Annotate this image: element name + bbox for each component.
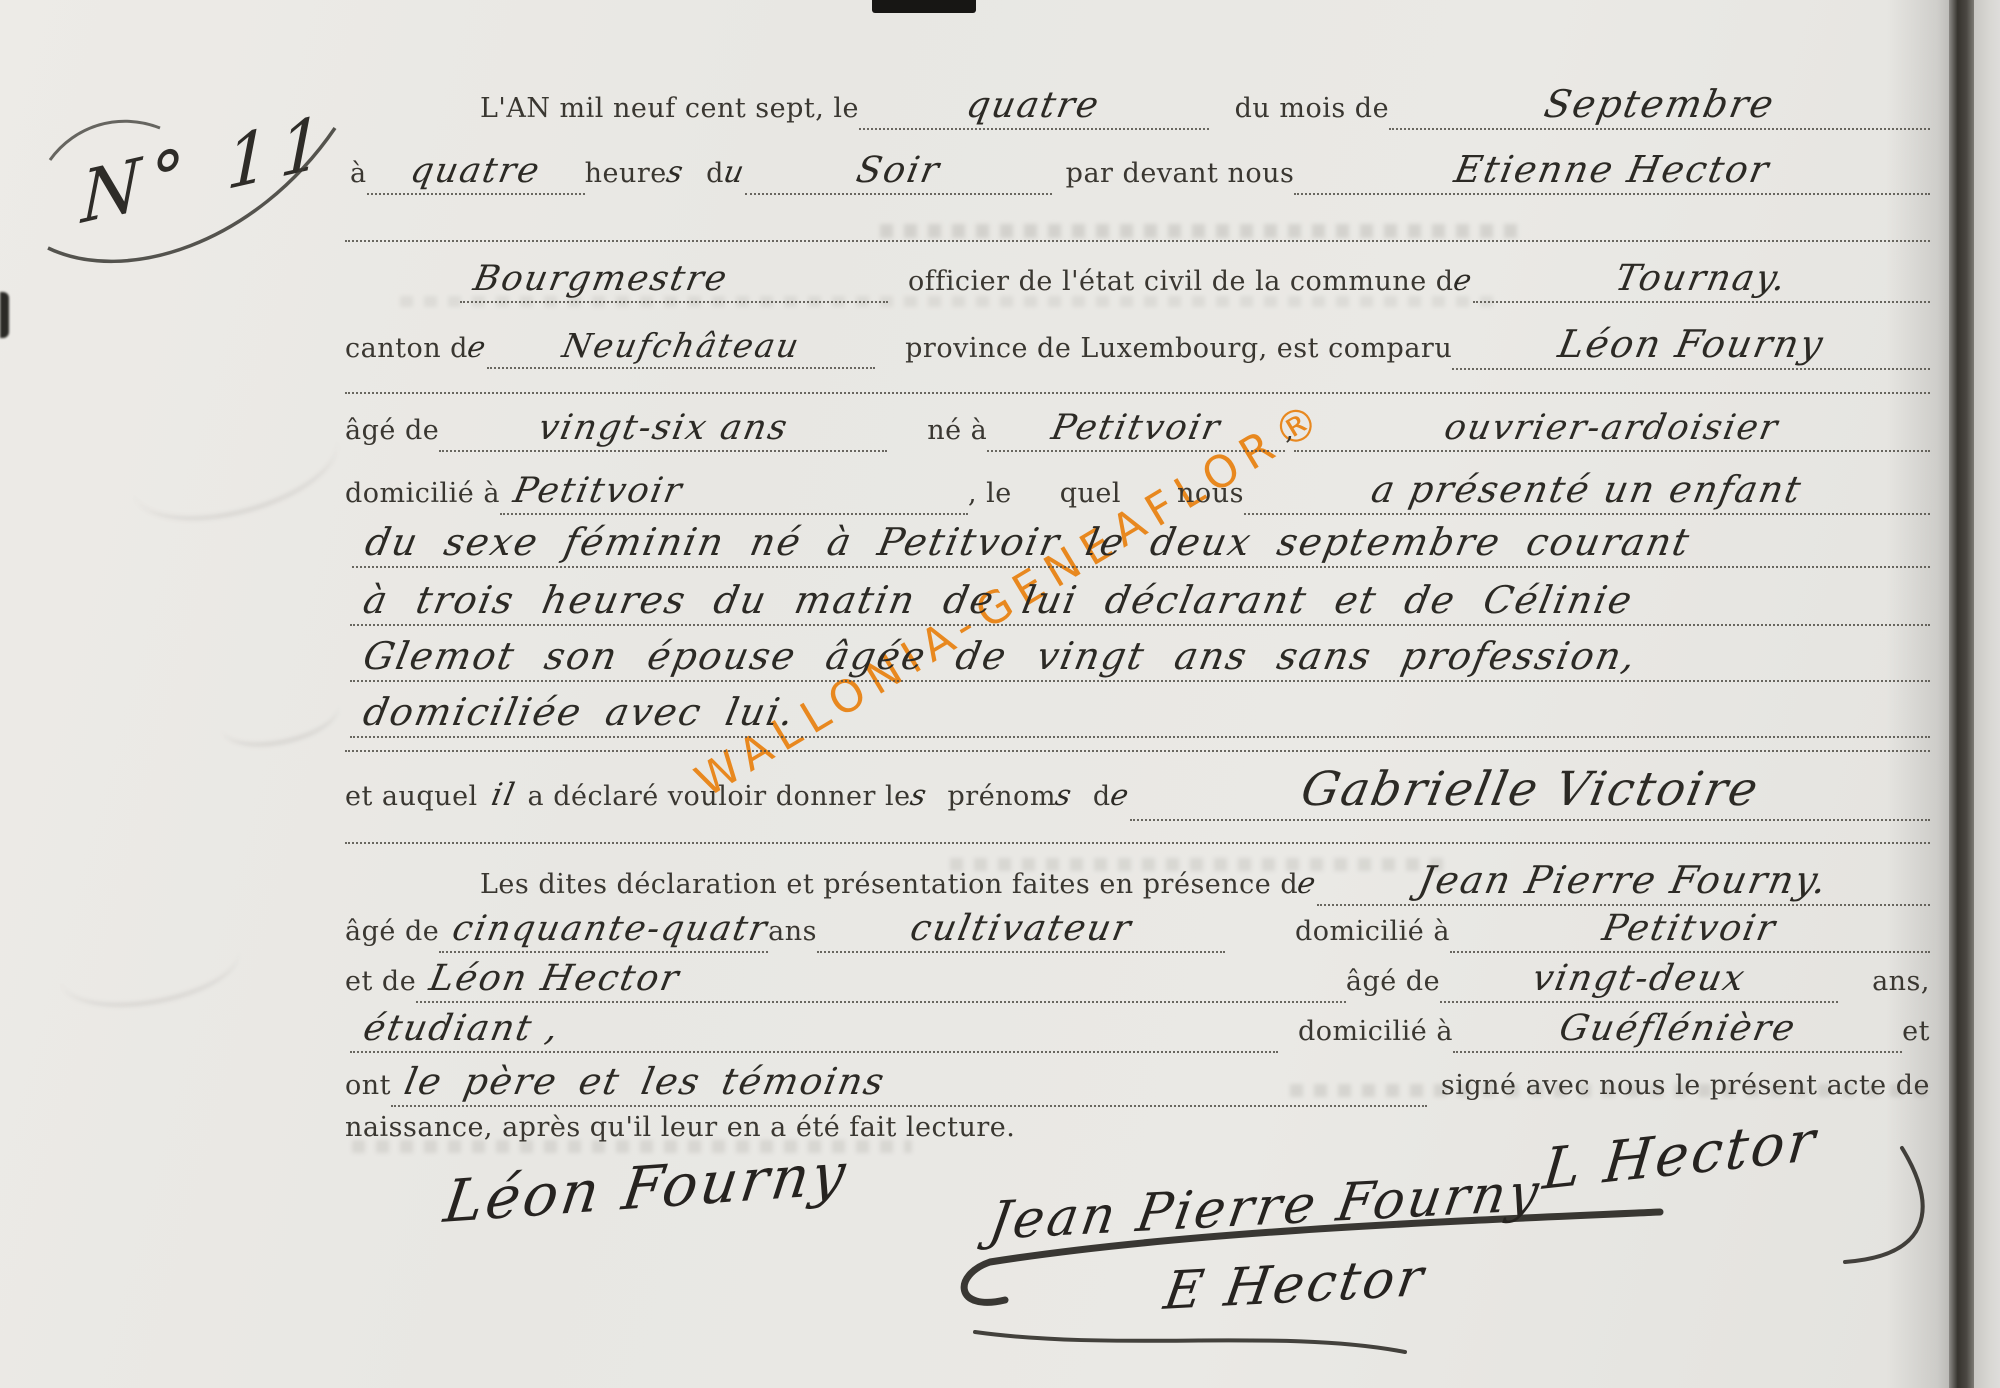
entry-plural-s: s xyxy=(663,155,687,190)
fill-declarant-occupation: ouvrier-ardoisier xyxy=(1294,408,1930,452)
fill-witness1-residence: Petitvoir xyxy=(1450,908,1930,953)
fill-child-details: du sexe féminin né à Petitvoir le deux s… xyxy=(352,520,1930,568)
form-line-child-1: du sexe féminin né à Petitvoir le deux s… xyxy=(352,520,1930,568)
printed-text: âgé de xyxy=(345,415,439,446)
fill-declarant-residence: Petitvoir xyxy=(500,471,968,515)
printed-text: Les dites déclaration et présentation fa… xyxy=(480,869,1298,900)
form-line-given-names: et auquel il a déclaré vouloir donner le… xyxy=(345,762,1930,821)
dotted-rule xyxy=(345,392,1930,394)
entry-month: Septembre xyxy=(1540,82,1778,126)
printed-text: né à xyxy=(927,415,987,446)
entry-child-details-3: Glemot son épouse âgée de vingt ans sans… xyxy=(360,634,1641,678)
entry-witness1-occupation: cultivateur xyxy=(907,908,1136,949)
entry-declarant-occupation: ouvrier-ardoisier xyxy=(1442,408,1783,448)
printed-text: domicilié à xyxy=(1298,1016,1453,1047)
entry-witness1-name: Jean Pierre Fourny. xyxy=(1415,858,1832,902)
printed-text: , le xyxy=(968,478,1012,509)
fill-commune: Tournay. xyxy=(1473,258,1930,303)
entry-hour: quatre xyxy=(407,151,544,191)
printed-text: et de xyxy=(345,966,416,997)
fill-signatories: le père et les témoins xyxy=(391,1060,1427,1107)
entry-witness2-name: Léon Hector xyxy=(426,958,684,999)
entry-time-of-day: Soir xyxy=(853,150,944,191)
entry-declarant-birthplace: Petitvoir xyxy=(1048,408,1225,448)
fill-canton: Neufchâteau xyxy=(487,326,875,369)
signature-declarant: Léon Fourny xyxy=(440,1139,852,1236)
scan-artifact-left xyxy=(0,292,9,338)
page-edge-binding xyxy=(1949,0,1974,1388)
entry-witness2-occupation: étudiant , xyxy=(360,1008,564,1049)
printed-text: canton d xyxy=(345,333,468,364)
printed-text: domicilié à xyxy=(1295,916,1450,947)
scan-artifact-top xyxy=(872,0,976,13)
entry-child-details-4: domiciliée avec lui. xyxy=(360,690,800,734)
signature-officer: E Hector xyxy=(1160,1248,1430,1322)
dotted-rule xyxy=(345,842,1930,844)
fill-witness1-occupation: cultivateur xyxy=(817,908,1225,953)
margin-ghost-writing xyxy=(216,678,345,756)
entry-presentation: a présenté un enfant xyxy=(1368,468,1806,511)
entry-declarant-name: Léon Fourny xyxy=(1554,322,1827,366)
printed-text: heure xyxy=(585,158,667,189)
entry-declarant-residence: Petitvoir xyxy=(510,471,687,511)
entry-plural-s: s xyxy=(1053,778,1076,812)
form-line-child-3: Glemot son épouse âgée de vingt ans sans… xyxy=(350,634,1930,682)
entry-witness2-age: vingt-deux xyxy=(1529,958,1750,999)
fill-hour: quatre xyxy=(367,151,585,195)
fill-month: Septembre xyxy=(1389,82,1930,130)
adjacent-page-edge xyxy=(1974,0,2000,1388)
fill-witness2-residence: Guéflénière xyxy=(1453,1008,1902,1053)
printed-text: a déclaré vouloir donner le xyxy=(528,781,911,812)
entry-commune: Tournay. xyxy=(1612,258,1791,299)
fill-child-details: Glemot son épouse âgée de vingt ans sans… xyxy=(350,634,1930,682)
form-line-hour-officer: à quatre heure s d u Soir par devant nou… xyxy=(350,148,1930,195)
dotted-rule xyxy=(345,240,1930,242)
printed-text: naissance, après qu'il leur en a été fai… xyxy=(345,1112,1015,1143)
printed-text: province de Luxembourg, est comparu xyxy=(905,333,1452,364)
entry-officer-title: Bourgmestre xyxy=(470,259,732,299)
printed-text: à xyxy=(350,158,367,189)
printed-text: ans, xyxy=(1872,966,1930,997)
printed-text: , xyxy=(1285,415,1294,446)
entry-child-names: Gabrielle Victoire xyxy=(1296,762,1763,817)
margin-ghost-writing xyxy=(55,915,245,1019)
printed-text: et auquel xyxy=(345,781,478,812)
form-line-signatories: ont le père et les témoins signé avec no… xyxy=(345,1060,1930,1107)
printed-text: âgé de xyxy=(1346,966,1440,997)
fill-officer-title: Bourgmestre xyxy=(460,259,888,303)
printed-text: du mois de xyxy=(1235,93,1389,124)
printed-text: L'AN mil neuf cent sept, le xyxy=(480,93,859,124)
entry-plural-s: s xyxy=(907,778,930,812)
margin-ghost-writing xyxy=(121,394,348,539)
form-line-declarant-residence: domicilié à Petitvoir , le quel nous a p… xyxy=(345,468,1930,515)
entry-witness1-age: cinquante-quatr xyxy=(449,909,772,949)
fill-witness1-age: cinquante-quatr xyxy=(439,909,768,953)
printed-text: officier de l'état civil de la commune d xyxy=(908,266,1454,297)
entry-declarant-age: vingt-six ans xyxy=(535,408,792,448)
entry-canton: Neufchâteau xyxy=(559,326,804,365)
fill-child-details: domiciliée avec lui. xyxy=(350,690,1930,738)
fill-declarant-birthplace: Petitvoir xyxy=(987,408,1285,452)
printed-text: ont xyxy=(345,1070,391,1101)
form-line-declarant-age: âgé de vingt-six ans né à Petitvoir , ou… xyxy=(345,408,1930,452)
fill-child-names: Gabrielle Victoire xyxy=(1130,762,1930,821)
entry-signatories: le père et les témoins xyxy=(401,1060,890,1103)
entry-witness1-residence: Petitvoir xyxy=(1599,908,1780,949)
form-line-date: L'AN mil neuf cent sept, le quatre du mo… xyxy=(480,82,1930,130)
printed-text: ans xyxy=(768,916,817,947)
entry-witness2-residence: Guéflénière xyxy=(1556,1008,1800,1049)
fill-declarant-age: vingt-six ans xyxy=(439,408,887,452)
form-line-witness2-detail: étudiant , domicilié à Guéflénière et xyxy=(350,1008,1930,1053)
fill-day: quatre xyxy=(859,85,1209,130)
printed-text: par devant nous xyxy=(1066,158,1295,189)
printed-text: et xyxy=(1902,1016,1930,1047)
officer-signature-underline xyxy=(975,1332,1405,1352)
dotted-rule xyxy=(345,750,1930,752)
signature-witness1: Jean Pierre Fourny xyxy=(985,1163,1546,1252)
form-line-canton: canton d e Neufchâteau province de Luxem… xyxy=(345,322,1930,370)
fill-officer-name: Etienne Hector xyxy=(1294,148,1930,195)
margin-act-number: N° 11 xyxy=(81,98,333,240)
entry-child-details-1: du sexe féminin né à Petitvoir le deux s… xyxy=(362,520,1695,564)
entry-day: quatre xyxy=(963,85,1104,126)
fill-time-of-day: Soir xyxy=(745,150,1051,195)
entry-child-details-2: à trois heures du matin de lui déclarant… xyxy=(360,578,1638,622)
fill-witness2-occupation: étudiant , xyxy=(350,1008,1278,1053)
form-line-witness2: et de Léon Hector âgé de vingt-deux ans, xyxy=(345,958,1930,1003)
printed-text: nous xyxy=(1177,478,1244,509)
form-line-witness1: âgé de cinquante-quatr ans cultivateur d… xyxy=(345,908,1930,953)
fill-witness2-age: vingt-deux xyxy=(1440,958,1838,1003)
printed-text: âgé de xyxy=(345,916,439,947)
form-line-officer-title: Bourgmestre officier de l'état civil de … xyxy=(460,258,1930,303)
form-line-witnesses-intro: Les dites déclaration et présentation fa… xyxy=(480,858,1930,906)
printed-text: quel xyxy=(1060,478,1121,509)
scanned-birth-record: N° 11 WALLONIA-GENEAFLOR® L'AN mil neuf … xyxy=(0,0,2000,1388)
fill-child-details: à trois heures du matin de lui déclarant… xyxy=(350,578,1930,626)
fill-declarant-name: Léon Fourny xyxy=(1452,322,1930,370)
entry-officer-name: Etienne Hector xyxy=(1451,148,1774,191)
fill-presentation: a présenté un enfant xyxy=(1244,468,1930,515)
bleedthrough-ghost xyxy=(880,224,1520,238)
entry-pronoun: il xyxy=(488,777,519,813)
printed-text: domicilié à xyxy=(345,478,500,509)
fill-witness2-name: Léon Hector xyxy=(416,958,1346,1003)
fill-witness1-name: Jean Pierre Fourny. xyxy=(1317,858,1930,906)
form-line-child-2: à trois heures du matin de lui déclarant… xyxy=(350,578,1930,626)
printed-text: signé avec nous le présent acte de xyxy=(1441,1070,1930,1101)
printed-text: prénom xyxy=(948,781,1056,812)
form-line-child-4: domiciliée avec lui. xyxy=(350,690,1930,738)
